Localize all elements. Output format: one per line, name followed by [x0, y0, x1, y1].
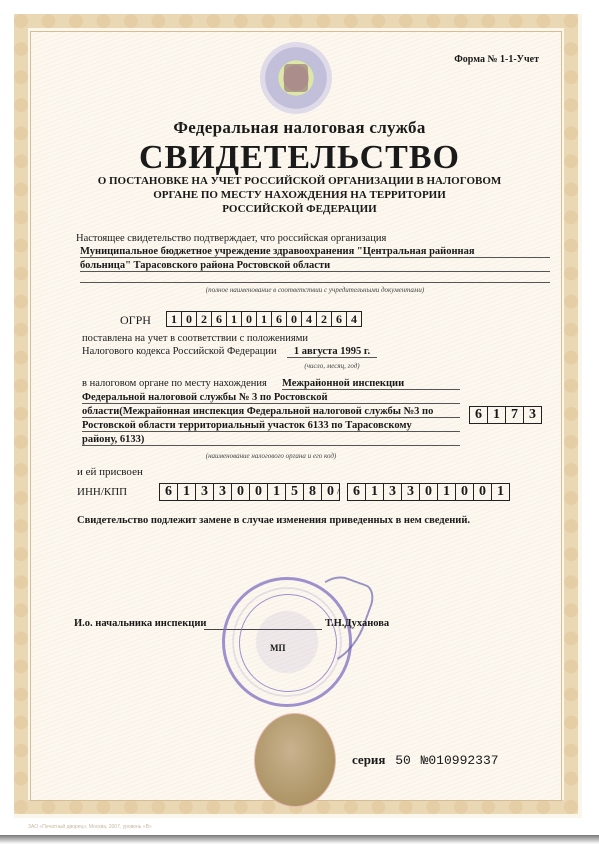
ogrn-digit: 2 — [197, 312, 212, 326]
authority-line-2: Федеральной налоговой службы № 3 по Рост… — [82, 392, 460, 404]
ogrn-digit: 1 — [257, 312, 272, 326]
kpp-digit: 6 — [348, 484, 366, 500]
document-subtitle: О ПОСТАНОВКЕ НА УЧЕТ РОССИЙСКОЙ ОРГАНИЗА… — [0, 174, 599, 216]
authority-hint: (наименование налогового органа и его ко… — [82, 452, 460, 460]
ogrn-digit: 4 — [302, 312, 317, 326]
signatory-position: И.о. начальника инспекции — [74, 618, 206, 629]
authority-code-digit: 3 — [524, 407, 541, 423]
agency-name: Федеральная налоговая служба — [0, 118, 599, 138]
replacement-notice: Свидетельство подлежит замене в случае и… — [77, 515, 470, 526]
kpp-digit: 3 — [384, 484, 402, 500]
ogrn-digit: 1 — [167, 312, 182, 326]
document-title: СВИДЕТЕЛЬСТВО — [0, 139, 599, 177]
authority-code-digit: 6 — [470, 407, 488, 423]
ogrn-digit: 2 — [317, 312, 332, 326]
series-line: серия 50 №010992337 — [352, 752, 499, 768]
ogrn-digit: 0 — [182, 312, 197, 326]
inn-boxes: 6133001580 — [159, 483, 340, 501]
ogrn-digit: 6 — [332, 312, 347, 326]
signatory-name: Т.Н.Духанова — [325, 618, 389, 629]
kpp-digit: 1 — [438, 484, 456, 500]
ogrn-digit: 4 — [347, 312, 361, 326]
authority-code-digit: 1 — [488, 407, 506, 423]
embossed-seal-icon — [254, 713, 336, 807]
coat-of-arms-hologram-icon — [260, 42, 332, 114]
inn-digit: 6 — [160, 484, 178, 500]
inn-digit: 3 — [214, 484, 232, 500]
inn-digit: 1 — [178, 484, 196, 500]
inn-digit: 3 — [196, 484, 214, 500]
org-name-line-1: Муниципальное бюджетное учреждение здрав… — [80, 246, 550, 258]
series-value: 50 — [395, 753, 411, 768]
authority-line-4: Ростовской области территориальный участ… — [82, 420, 460, 432]
assigned-text: и ей присвоен — [77, 466, 143, 478]
kpp-digit: 0 — [456, 484, 474, 500]
ogrn-digit: 0 — [287, 312, 302, 326]
ogrn-label: ОГРН — [120, 313, 151, 328]
kpp-digit: 3 — [402, 484, 420, 500]
kpp-boxes: 613301001 — [347, 483, 510, 501]
inn-kpp-label: ИНН/КПП — [77, 486, 127, 498]
date-hint: (число, месяц, год) — [287, 362, 377, 370]
ogrn-boxes: 1026101604264 — [166, 311, 362, 327]
registered-text: поставлена на учет в соответствии с поло… — [82, 333, 308, 344]
authority-line-1: Межрайонной инспекции — [282, 378, 460, 390]
certificate-number: №010992337 — [421, 753, 499, 768]
registration-date: 1 августа 1995 г. — [287, 346, 377, 358]
inn-digit: 0 — [232, 484, 250, 500]
authority-line-5: району, 6133) — [82, 434, 460, 446]
inn-digit: 1 — [268, 484, 286, 500]
authority-line-3: области(Межрайонная инспекция Федерально… — [82, 406, 460, 418]
authority-intro: в налоговом органе по месту нахождения — [82, 378, 267, 389]
inn-digit: 8 — [304, 484, 322, 500]
authority-code-boxes: 6173 — [469, 406, 542, 424]
inn-digit: 0 — [250, 484, 268, 500]
inn-kpp-separator: / — [337, 486, 340, 497]
org-name-line-2: больница" Тарасовского района Ростовской… — [80, 260, 550, 272]
printer-note: ЗАО «Печатный дворец», Москва, 2007, уро… — [28, 824, 152, 830]
inn-digit: 5 — [286, 484, 304, 500]
scan-edge — [0, 835, 599, 844]
stamp-place-label: МП — [270, 643, 286, 653]
org-name-line-3 — [80, 274, 550, 283]
kpp-digit: 1 — [366, 484, 384, 500]
kpp-digit: 0 — [420, 484, 438, 500]
tax-code-text: Налогового кодекса Российской Федерации — [82, 346, 277, 357]
authority-code-digit: 7 — [506, 407, 524, 423]
ogrn-digit: 6 — [212, 312, 227, 326]
kpp-digit: 1 — [492, 484, 509, 500]
ogrn-digit: 6 — [272, 312, 287, 326]
ogrn-digit: 1 — [227, 312, 242, 326]
ogrn-digit: 0 — [242, 312, 257, 326]
kpp-digit: 0 — [474, 484, 492, 500]
form-number: Форма № 1-1-Учет — [454, 54, 539, 65]
intro-text: Настоящее свидетельство подтверждает, чт… — [76, 233, 386, 244]
org-name-hint: (полное наименование в соответствии с уч… — [80, 286, 550, 294]
